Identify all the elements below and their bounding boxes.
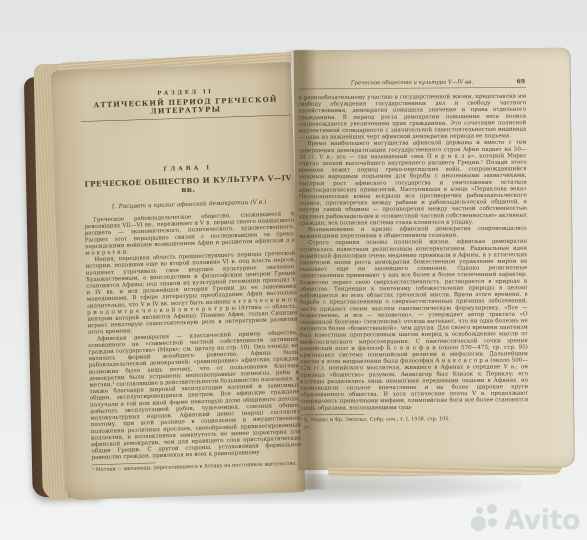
open-book: РАЗДЕЛ II АТТИЧЕСКИЙ ПЕРИОД ГРЕЧЕСКОЙ ЛИ… xyxy=(19,41,556,504)
chapter-heading: ГЛАВА I ГРЕЧЕСКОЕ ОБЩЕСТВО И КУЛЬТУРА V—… xyxy=(83,161,294,211)
paragraph: Афинская демократия — классический приме… xyxy=(88,329,302,461)
paragraph: Иония, передовая область предшествующего… xyxy=(85,250,297,336)
page-block-edge-bottom-right xyxy=(328,466,562,477)
section-heading: 1. Расцвет и кризис афинской демократии … xyxy=(84,197,294,211)
chapter-title: ГРЕЧЕСКОЕ ОБЩЕСТВО И КУЛЬТУРА V—IV вв. xyxy=(83,174,293,198)
left-running-head: РАЗДЕЛ II АТТИЧЕСКИЙ ПЕРИОД ГРЕЧЕСКОЙ ЛИ… xyxy=(80,86,291,122)
paragraph: Время наибольшего могущества афинской де… xyxy=(298,139,527,226)
paragraph: Строго охраняя основы полисной жизни, аф… xyxy=(299,238,528,411)
avito-watermark-text: Avito xyxy=(504,507,580,534)
left-page-content: РАЗДЕЛ II АТТИЧЕСКИЙ ПЕРИОД ГРЕЧЕСКОЙ ЛИ… xyxy=(80,86,302,473)
avito-logo-icon xyxy=(471,504,499,534)
footnote: ¹ К. Маркс и Фр. Энгельс. Собр. соч., т.… xyxy=(300,416,528,424)
avito-watermark: Avito xyxy=(471,504,580,534)
running-title: АТТИЧЕСКИЙ ПЕРИОД ГРЕЧЕСКОЙ ЛИТЕРАТУРЫ xyxy=(80,95,291,122)
paragraph: Греческое рабовладельческое общество, сл… xyxy=(84,210,295,256)
right-running-head: Греческое общество и культура V—IV вв. 6… xyxy=(298,78,526,89)
right-footnote-block: ¹ К. Маркс и Фр. Энгельс. Собр. соч., т.… xyxy=(300,413,528,431)
book-photo: РАЗДЕЛ II АТТИЧЕСКИЙ ПЕРИОД ГРЕЧЕСКОЙ ЛИ… xyxy=(0,0,587,540)
right-page-content: Греческое общество и культура V—IV вв. 6… xyxy=(298,78,528,431)
right-body-text: и равнообязательному участию в государст… xyxy=(298,93,528,411)
chapter-label: ГЛАВА I xyxy=(83,161,293,175)
running-title: Греческое общество и культура V—IV вв. xyxy=(351,79,473,86)
page-number: 69 xyxy=(517,78,525,85)
left-body-text: Греческое рабовладельческое общество, сл… xyxy=(84,210,302,461)
paragraph: и равнообязательному участию в государст… xyxy=(298,93,526,141)
